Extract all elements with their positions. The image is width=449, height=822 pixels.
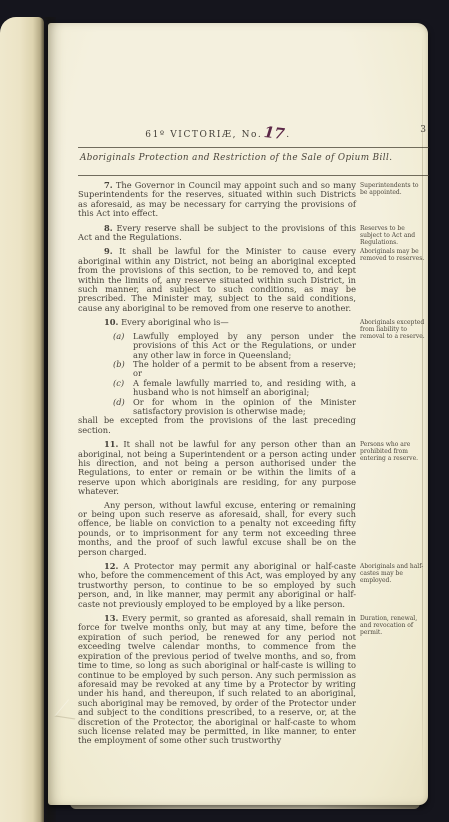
handwritten-act-number: 17 [263,123,286,143]
section-number: 10. [104,317,118,327]
section-text: The Governor in Council may appoint such… [78,180,356,218]
divider-rule-bottom [78,175,429,176]
section-outro: shall be excepted from the provisions of… [78,416,356,435]
previous-page-edge [0,17,44,822]
section-9: Aboriginals may be removed to reserves. … [78,247,426,313]
list-item-label: (c) [113,379,124,388]
margin-note: Aboriginals excepted from liability to r… [360,319,426,340]
section-paragraph: 12. A Protector may permit any aborigina… [78,562,356,609]
section-list: (a)Lawfully employed by any person under… [78,332,356,417]
list-item-label: (a) [113,332,124,341]
list-item-c: (c)A female lawfully married to, and res… [78,379,356,398]
list-item-text: Lawfully employed by any person under th… [133,331,356,360]
margin-note: Duration, renewal, and revocation of per… [360,615,426,636]
list-item-text: The holder of a permit to be absent from… [133,359,356,378]
section-paragraph: 9. It shall be lawful for the Minister t… [78,247,356,313]
act-heading: 61º VICTORIÆ, No.17. [78,123,358,141]
section-text: A Protector may permit any aboriginal or… [78,561,356,609]
section-11: Persons who are prohibited from entering… [78,440,426,557]
margin-note: Aboriginals and half-castes may be emplo… [360,563,426,584]
section-paragraph: Any person, without lawful excuse, enter… [78,501,356,557]
list-item-d: (d)Or for whom in the opinion of the Min… [78,398,356,417]
act-heading-text: 61º VICTORIÆ, No. [145,130,262,140]
margin-note: Reserves to be subject to Act and Regula… [360,225,426,246]
divider-rule-top [78,147,429,148]
scanned-page: 61º VICTORIÆ, No.17. 3 Aboriginals Prote… [48,23,428,805]
list-item-b: (b)The holder of a permit to be absent f… [78,360,356,379]
margin-note: Superintendents to be appointed. [360,182,426,196]
section-text: Every aboriginal who is— [121,317,229,327]
list-item-text: A female lawfully married to, and residi… [133,378,356,397]
section-text: It shall not be lawful for any person ot… [78,439,356,496]
running-title: Aboriginals Protection and Restriction o… [80,153,428,163]
list-item-text: Or for whom in the opinion of the Minist… [133,397,356,416]
section-12: Aboriginals and half-castes may be emplo… [78,562,426,609]
page-body: Superintendents to be appointed. 7. The … [78,181,426,751]
page-number: 3 [420,125,426,135]
section-10: Aboriginals excepted from liability to r… [78,318,426,435]
section-paragraph: 7. The Governor in Council may appoint s… [78,181,356,219]
section-13: Duration, renewal, and revocation of per… [78,614,426,746]
section-intro: 10. Every aboriginal who is— [78,318,356,327]
section-paragraph: 13. Every permit, so granted as aforesai… [78,614,356,746]
margin-note: Persons who are prohibited from entering… [360,441,426,462]
list-item-a: (a)Lawfully employed by any person under… [78,332,356,360]
section-text: It shall be lawful for the Minister to c… [78,246,356,312]
margin-note: Aboriginals may be removed to reserves. [360,248,426,262]
section-paragraph: 8. Every reserve shall be subject to the… [78,224,356,243]
section-paragraph: 11. It shall not be lawful for any perso… [78,440,356,496]
section-8: Reserves to be subject to Act and Regula… [78,224,426,243]
list-item-label: (d) [113,398,125,407]
act-heading-period: . [286,130,290,140]
list-item-label: (b) [113,360,125,369]
section-text: Every reserve shall be subject to the pr… [78,223,356,242]
section-7: Superintendents to be appointed. 7. The … [78,181,426,219]
section-text: Every permit, so granted as aforesaid, s… [78,613,356,745]
page-header: 61º VICTORIÆ, No.17. 3 [78,123,428,141]
